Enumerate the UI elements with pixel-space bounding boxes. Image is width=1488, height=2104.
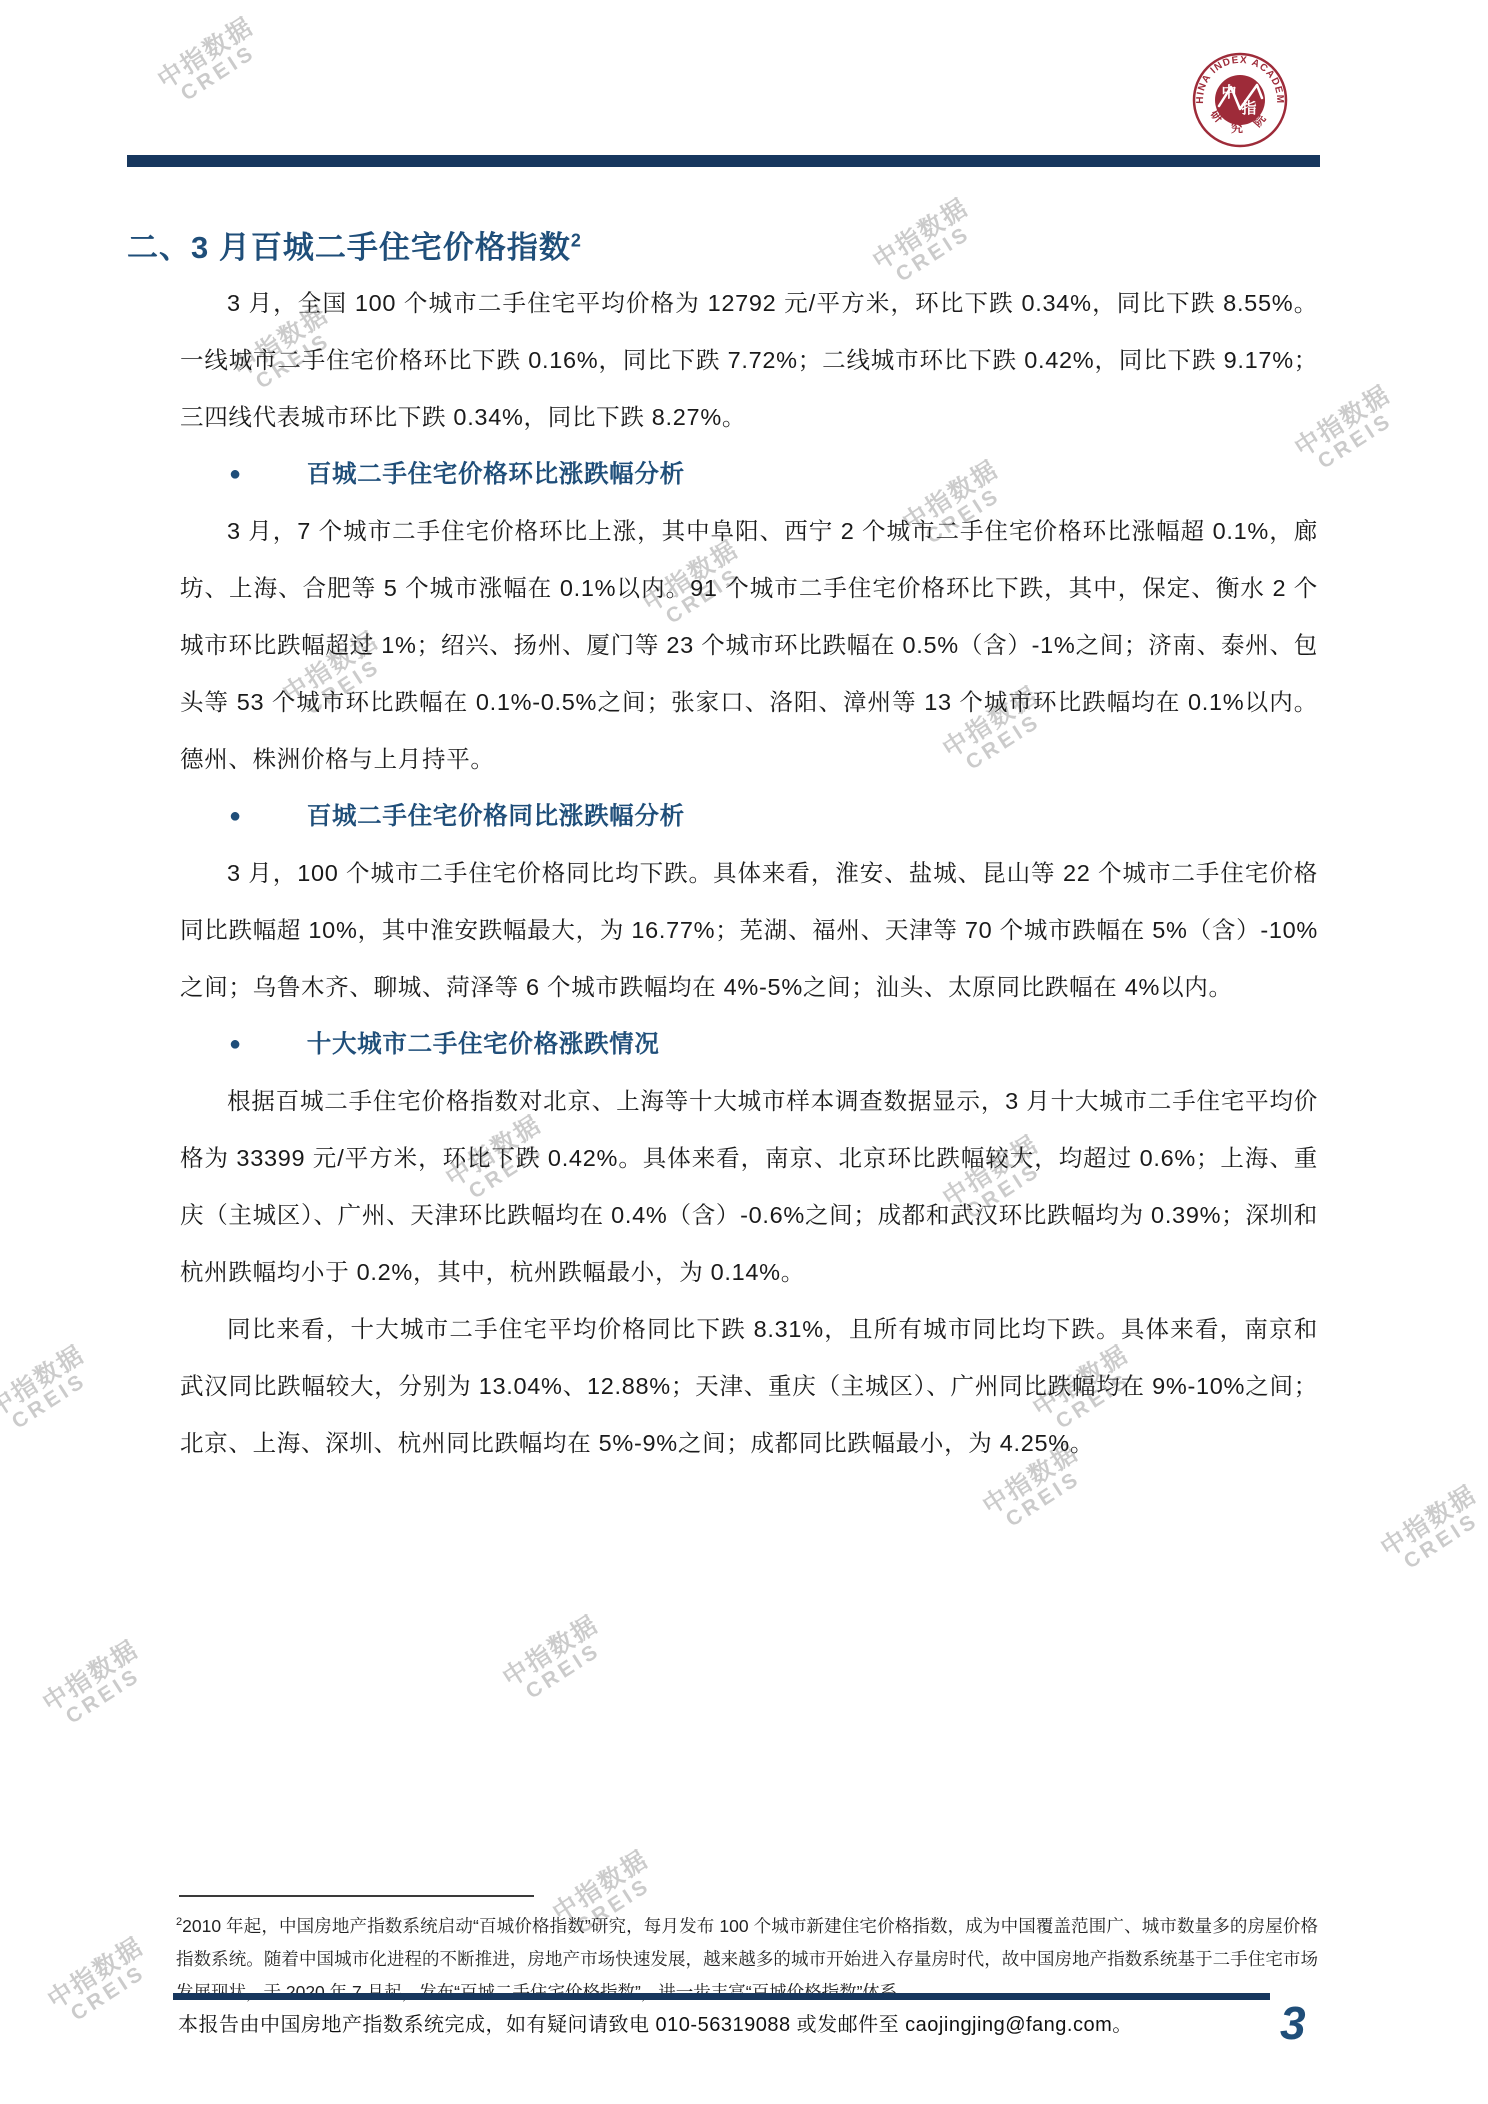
watermark: 中指数据CREIS	[1367, 1472, 1488, 1584]
svg-text:指: 指	[1240, 100, 1256, 117]
watermark: 中指数据CREIS	[34, 1924, 165, 2036]
china-index-academy-logo-icon: CHINA INDEX ACADEMY 研 究 院 中 指	[1190, 50, 1290, 150]
watermark: 中指数据CREIS	[144, 4, 275, 116]
header-rule	[127, 155, 1320, 167]
section-heading-yoy: ● 百城二手住宅价格同比涨跌幅分析	[180, 788, 1318, 845]
footer-text: 本报告由中国房地产指数系统完成，如有疑问请致电 010-56319088 或发邮…	[178, 2008, 1238, 2037]
watermark: 中指数据CREIS	[29, 1627, 160, 1739]
footnote-separator	[179, 1895, 534, 1897]
section-paragraph: 同比来看，十大城市二手住宅平均价格同比下跌 8.31%，且所有城市同比均下跌。具…	[180, 1301, 1318, 1472]
report-page: 中指数据CREIS 中指数据CREIS 中指数据CREIS 中指数据CREIS …	[0, 0, 1488, 2104]
section-heading-mom: ● 百城二手住宅价格环比涨跌幅分析	[180, 446, 1318, 503]
section-paragraph: 3 月，100 个城市二手住宅价格同比均下跌。具体来看，淮安、盐城、昆山等 22…	[180, 845, 1318, 1016]
section-heading-text: 百城二手住宅价格环比涨跌幅分析	[258, 446, 685, 503]
page-title: 二、3 月百城二手住宅价格指数2	[127, 222, 1327, 267]
page-number: 3	[1280, 1996, 1306, 2050]
footnote-text: 2010 年起，中国房地产指数系统启动“百城价格指数”研究，每月发布 100 个…	[176, 1916, 1318, 2002]
watermark: 中指数据CREIS	[0, 1332, 107, 1444]
document-body: 3 月，全国 100 个城市二手住宅平均价格为 12792 元/平方米，环比下跌…	[180, 275, 1318, 1472]
section-heading-top10: ● 十大城市二手住宅价格涨跌情况	[180, 1016, 1318, 1073]
intro-paragraph: 3 月，全国 100 个城市二手住宅平均价格为 12792 元/平方米，环比下跌…	[180, 275, 1318, 446]
section-paragraph: 3 月，7 个城市二手住宅价格环比上涨，其中阜阳、西宁 2 个城市二手住宅价格环…	[180, 503, 1318, 788]
page-title-text: 二、3 月百城二手住宅价格指数	[127, 230, 571, 265]
svg-text:中: 中	[1221, 84, 1236, 101]
footer-rule	[173, 1993, 1270, 2000]
bullet-icon: ●	[180, 446, 242, 503]
section-heading-text: 十大城市二手住宅价格涨跌情况	[258, 1016, 660, 1073]
bullet-icon: ●	[180, 788, 242, 845]
watermark: 中指数据CREIS	[489, 1602, 620, 1714]
section-heading-text: 百城二手住宅价格同比涨跌幅分析	[258, 788, 685, 845]
seal-icon: CHINA INDEX ACADEMY 研 究 院 中 指	[1190, 50, 1290, 150]
bullet-icon: ●	[180, 1016, 242, 1073]
title-footnote-ref: 2	[571, 231, 582, 251]
section-paragraph: 根据百城二手住宅价格指数对北京、上海等十大城市样本调查数据显示，3 月十大城市二…	[180, 1073, 1318, 1301]
